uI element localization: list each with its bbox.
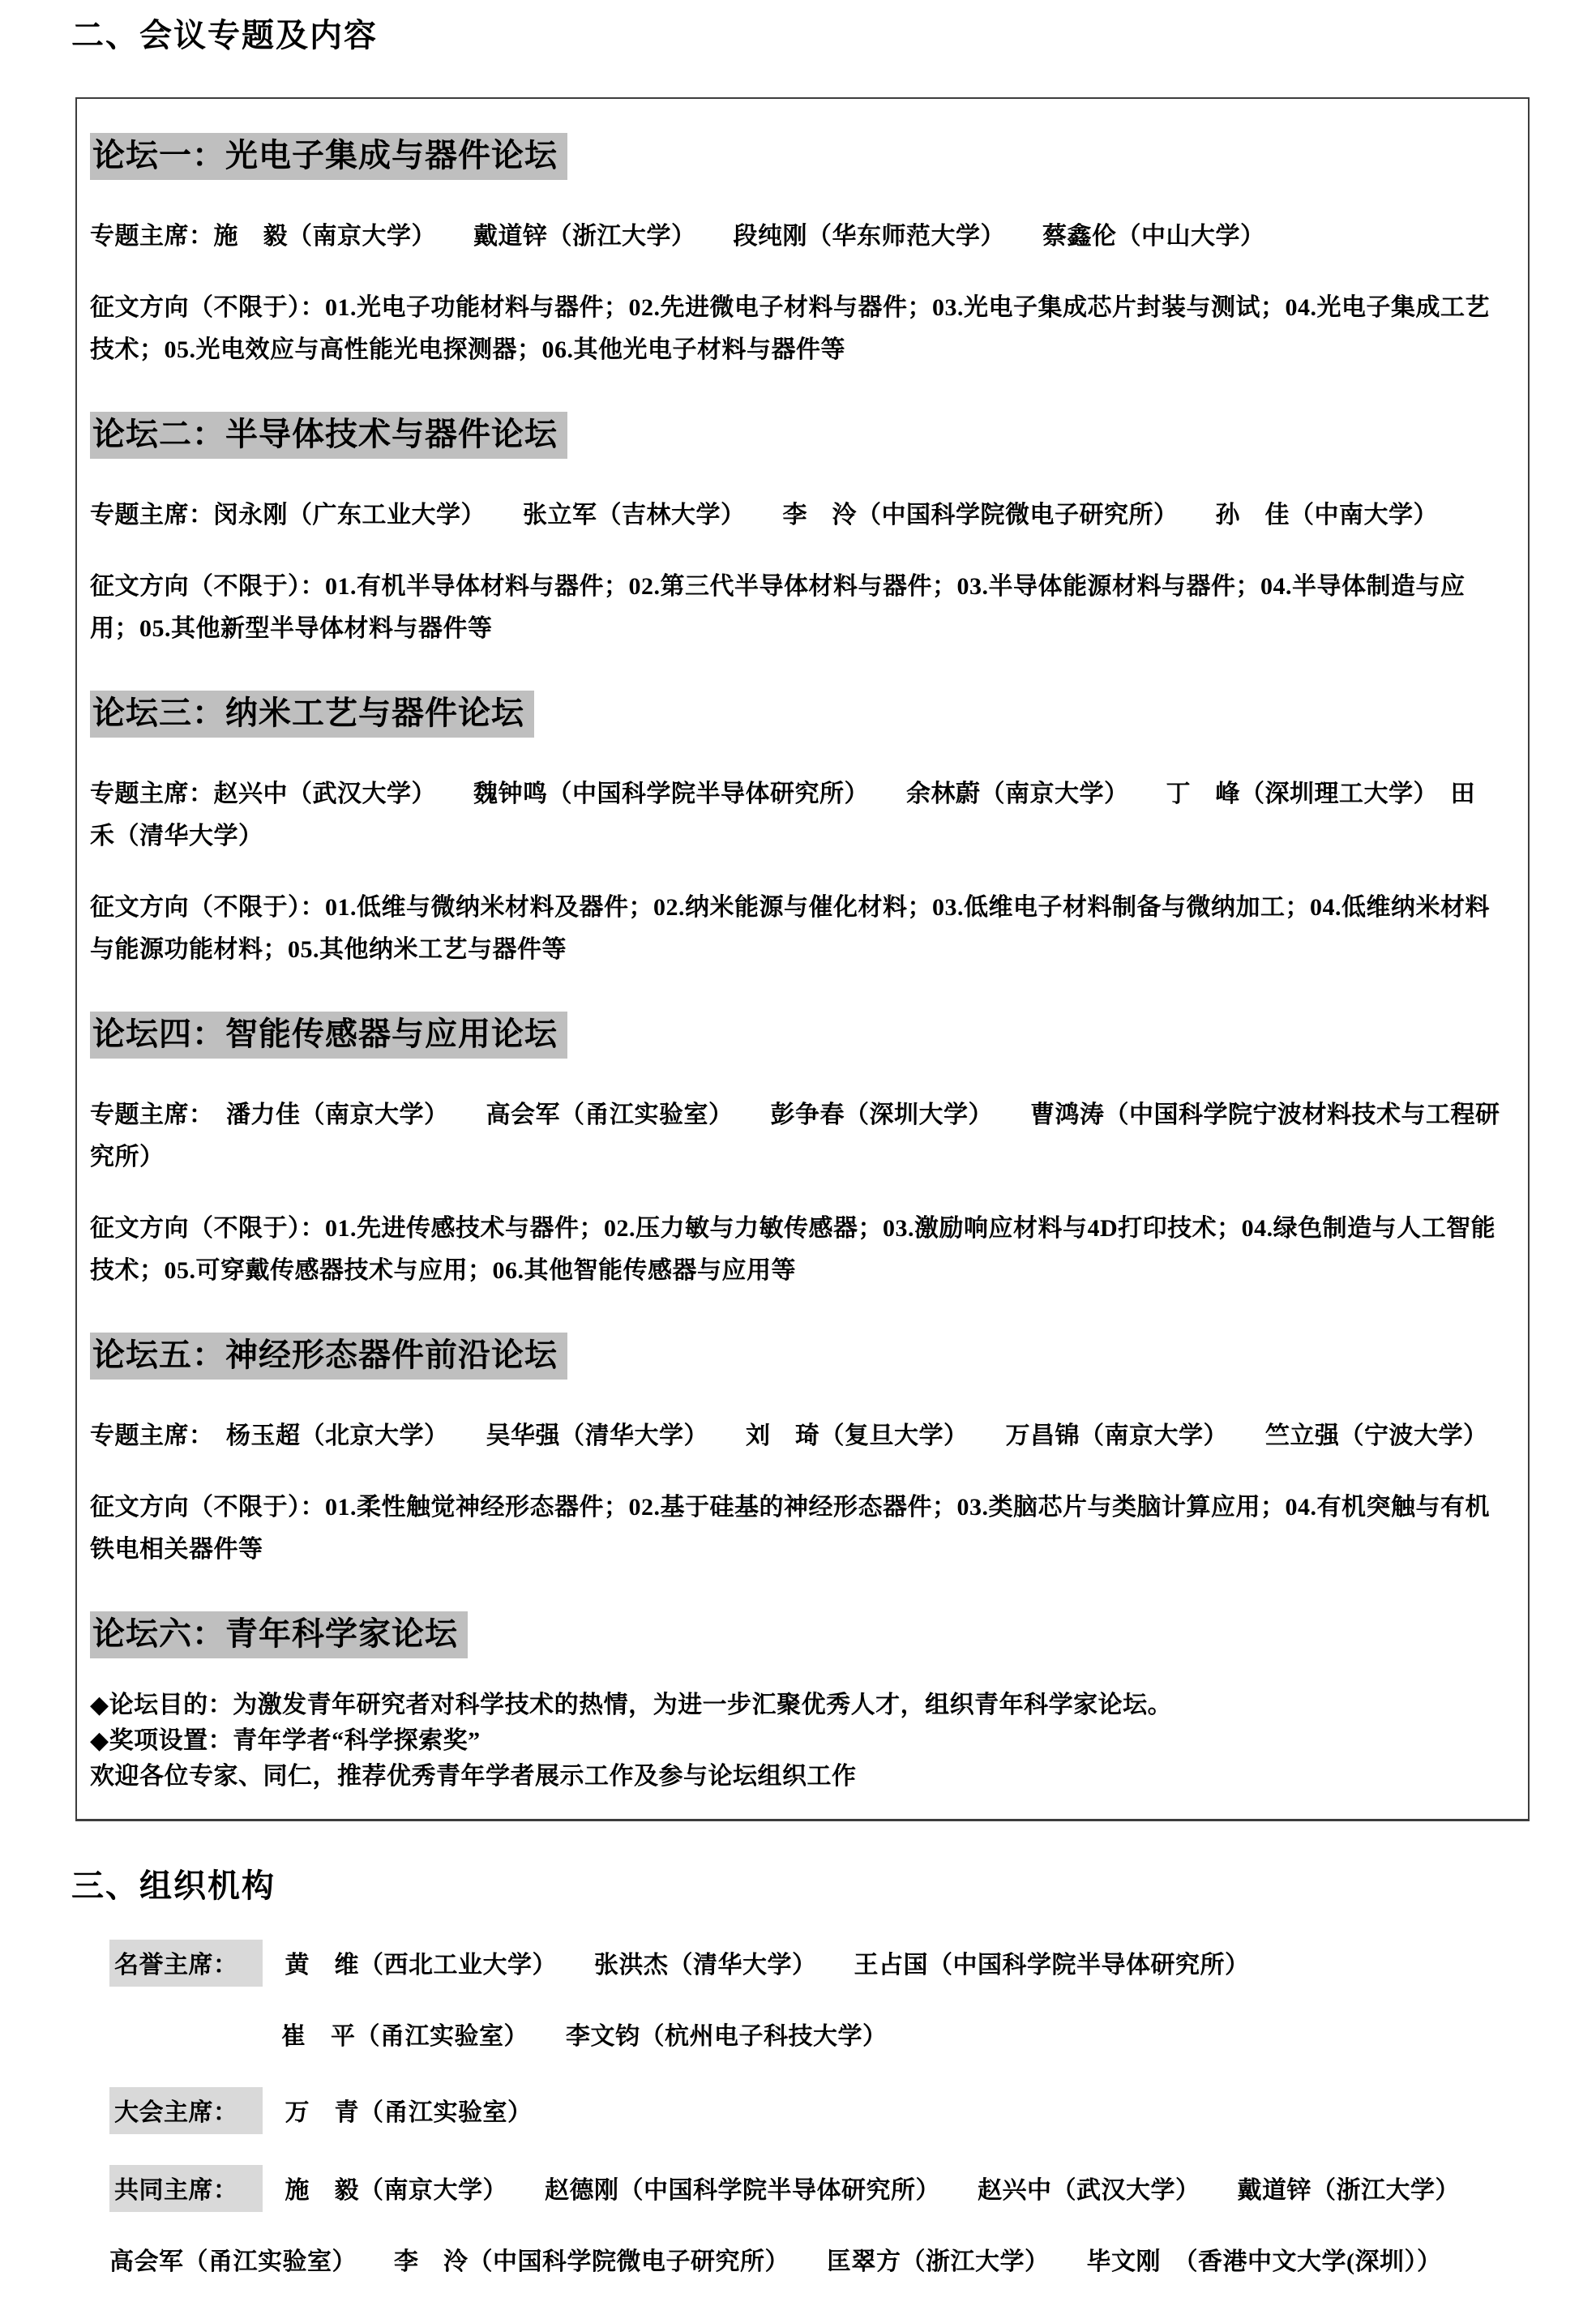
forum-invite-line: 欢迎各位专家、同仁，推荐优秀青年学者展示工作及参与论坛组织工作: [90, 1759, 1513, 1795]
forum-title: 论坛二：半导体技术与器件论坛: [90, 412, 567, 459]
forum-chairs: 专题主席：闵永刚（广东工业大学） 张立军（吉林大学） 李 泠（中国科学院微电子研…: [90, 494, 1513, 537]
org-role-label: 共同主席：: [109, 2165, 263, 2212]
org-names: 万 青（甬江实验室）: [285, 2099, 533, 2126]
forum-purpose-line: ◆论坛目的：为激发青年研究者对科学技术的热情，为进一步汇聚优秀人才，组织青年科学…: [90, 1688, 1513, 1723]
org-role-label: 大会主席：: [109, 2087, 263, 2134]
forum-topics: 征文方向（不限于）：01.低维与微纳米材料及器件；02.纳米能源与催化材料；03…: [90, 887, 1513, 971]
org-row-honorary-chairs: 名誉主席：黄 维（西北工业大学） 张洪杰（清华大学） 王占国（中国科学院半导体研…: [109, 1940, 1547, 1987]
org-names: 崔 平（甬江实验室） 李文钧（杭州电子科技大学）: [281, 2023, 888, 2050]
forum-title: 论坛四：智能传感器与应用论坛: [90, 1012, 567, 1059]
org-names: 高会军（甬江实验室） 李 泠（中国科学院微电子研究所） 匡翠方（浙江大学） 毕文…: [109, 2248, 1442, 2275]
forum-chairs: 专题主席： 潘力佳（南京大学） 高会军（甬江实验室） 彭争春（深圳大学） 曹鸿涛…: [90, 1094, 1513, 1179]
forum-chairs: 专题主席： 杨玉超（北京大学） 吴华强（清华大学） 刘 琦（复旦大学） 万昌锦（…: [90, 1415, 1513, 1457]
section2-heading: 二、会议专题及内容: [0, 0, 1596, 53]
forum-topics: 征文方向（不限于）：01.先进传感技术与器件；02.压力敏与力敏传感器；03.激…: [90, 1208, 1513, 1292]
org-names: 黄 维（西北工业大学） 张洪杰（清华大学） 王占国（中国科学院半导体研究所）: [285, 1952, 1250, 1979]
forum-title: 论坛六：青年科学家论坛: [90, 1611, 468, 1658]
forum-topics: 征文方向（不限于）：01.光电子功能材料与器件；02.先进微电子材料与器件；03…: [90, 287, 1513, 371]
org-row-general-chair: 大会主席：万 青（甬江实验室）: [109, 2087, 1547, 2134]
forum-title: 论坛三：纳米工艺与器件论坛: [90, 691, 534, 738]
org-names: 施 毅（南京大学） 赵德刚（中国科学院半导体研究所） 赵兴中（武汉大学） 戴道锌…: [285, 2177, 1461, 2204]
forum-award-line: ◆奖项设置：青年学者“科学探索奖”: [90, 1723, 1513, 1759]
forum-chairs: 专题主席：施 毅（南京大学） 戴道锌（浙江大学） 段纯刚（华东师范大学） 蔡鑫伦…: [90, 216, 1513, 258]
organization-list: 名誉主席：黄 维（西北工业大学） 张洪杰（清华大学） 王占国（中国科学院半导体研…: [109, 1940, 1547, 2282]
forum-section-4: 论坛四：智能传感器与应用论坛 专题主席： 潘力佳（南京大学） 高会军（甬江实验室…: [90, 1012, 1513, 1292]
org-role-label: 名誉主席：: [109, 1940, 263, 1987]
forum-section-3: 论坛三：纳米工艺与器件论坛 专题主席：赵兴中（武汉大学） 魏钟鸣（中国科学院半导…: [90, 691, 1513, 971]
forum-title: 论坛五：神经形态器件前沿论坛: [90, 1333, 567, 1380]
section3-heading: 三、组织机构: [0, 1821, 1596, 1904]
forum-section-2: 论坛二：半导体技术与器件论坛 专题主席：闵永刚（广东工业大学） 张立军（吉林大学…: [90, 412, 1513, 650]
org-row-co-chairs-cont: 高会军（甬江实验室） 李 泠（中国科学院微电子研究所） 匡翠方（浙江大学） 毕文…: [109, 2243, 1547, 2282]
org-row-honorary-chairs-cont: 崔 平（甬江实验室） 李文钧（杭州电子科技大学）: [281, 2017, 1547, 2056]
forums-box: 论坛一：光电子集成与器件论坛 专题主席：施 毅（南京大学） 戴道锌（浙江大学） …: [75, 97, 1530, 1821]
forum-topics: 征文方向（不限于）：01.有机半导体材料与器件；02.第三代半导体材料与器件；0…: [90, 566, 1513, 650]
forum-title: 论坛一：光电子集成与器件论坛: [90, 133, 567, 180]
forum-section-6: 论坛六：青年科学家论坛 ◆论坛目的：为激发青年研究者对科学技术的热情，为进一步汇…: [90, 1611, 1513, 1795]
forum-topics: 征文方向（不限于）：01.柔性触觉神经形态器件；02.基于硅基的神经形态器件；0…: [90, 1487, 1513, 1571]
forum-section-1: 论坛一：光电子集成与器件论坛 专题主席：施 毅（南京大学） 戴道锌（浙江大学） …: [90, 133, 1513, 371]
forum-section-5: 论坛五：神经形态器件前沿论坛 专题主席： 杨玉超（北京大学） 吴华强（清华大学）…: [90, 1333, 1513, 1571]
forum-chairs: 专题主席：赵兴中（武汉大学） 魏钟鸣（中国科学院半导体研究所） 余林蔚（南京大学…: [90, 773, 1513, 858]
document-page: 二、会议专题及内容 论坛一：光电子集成与器件论坛 专题主席：施 毅（南京大学） …: [0, 0, 1596, 2306]
org-row-co-chairs: 共同主席：施 毅（南京大学） 赵德刚（中国科学院半导体研究所） 赵兴中（武汉大学…: [109, 2165, 1547, 2212]
